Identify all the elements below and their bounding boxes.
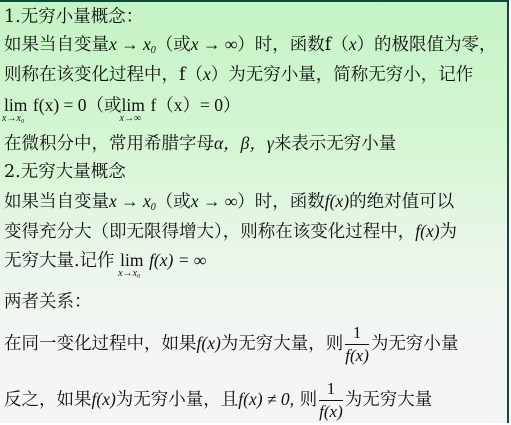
limit-operator: limx→x₀ [4,94,27,116]
limit-operator: limx→∞ [122,94,145,116]
section2-definition-line2: 变得充分大（即无限得增大），则称在该变化过程中，f(x)为 [4,220,457,243]
section1-greek-note: 在微积分中，常用希腊字母α，β，γ来表示无穷小量 [4,132,396,155]
section1-definition-line2: 则称在该变化过程中，f（x）为无穷小量，简称无穷小，记作 [4,63,473,86]
fraction: 1f(x) [319,378,343,423]
relation-line2: 反之，如果f(x)为无穷小量，且f(x) ≠ 0, 则1f(x)为无穷大量 [4,376,432,423]
section1-formula: limx→x₀ f(x) = 0（或limx→∞ f（x）= 0） [4,94,241,117]
limit-operator: limx→x₀ [120,249,143,271]
relation-title: 两者关系： [4,291,92,313]
section2-formula: 无穷大量.记作 limx→x₀ f(x) = ∞ [4,249,206,272]
fraction: 1f(x) [345,322,369,367]
section2-definition-line1: 如果当自变量x → x0（或x → ∞）时，函数f(x)的绝对值可以 [4,190,454,219]
section1-definition-line1: 如果当自变量x → x0（或x → ∞）时，函数f（x）的极限值为零， [4,33,497,62]
section2-title: 2.无穷大量概念 [4,161,126,183]
section1-title: 1.无穷小量概念： [4,6,143,28]
relation-line1: 在同一变化过程中，如果f(x)为无穷大量，则1f(x)为无穷小量 [4,320,458,367]
slide: 1.无穷小量概念： 如果当自变量x → x0（或x → ∞）时，函数f（x）的极… [0,0,509,423]
